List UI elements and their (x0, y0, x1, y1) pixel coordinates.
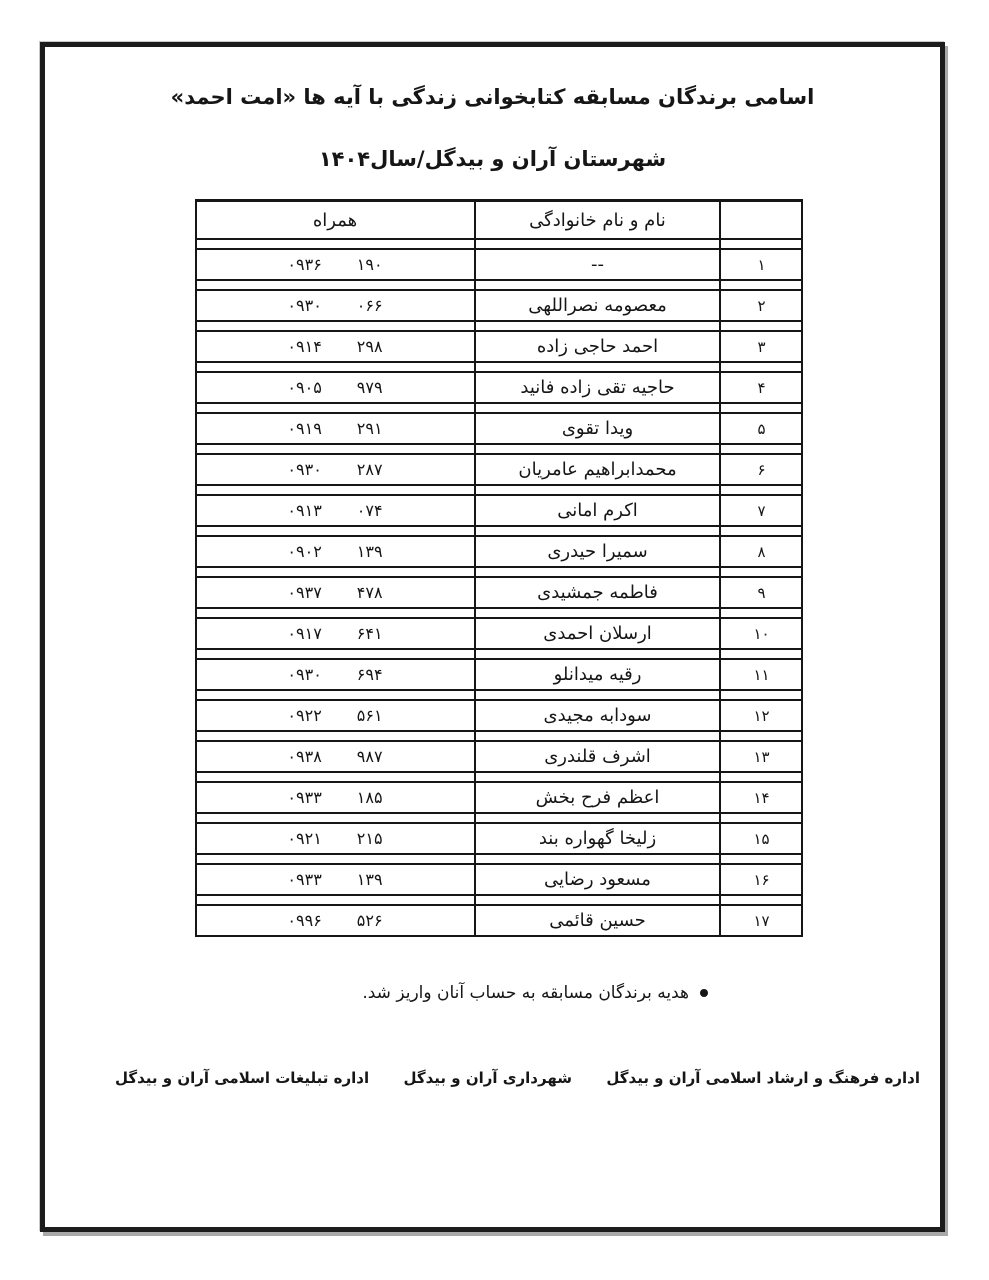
table-left-border-line (195, 199, 197, 937)
table-row: ۰۹۳۰ ۰۶۶ معصومه نصراللهی ۲ (195, 289, 803, 322)
cell-full-name: معصومه نصراللهی (475, 291, 720, 320)
cell-full-name: زلیخا گهواره بند (475, 824, 720, 853)
footnote-text: هدیه برندگان مسابقه به حساب آنان واریز ش… (362, 983, 689, 1003)
header-cell-mobile: همراه (195, 202, 475, 238)
mobile-right-group: ۴۷۸ (357, 583, 383, 602)
cell-row-number: ۳ (720, 332, 803, 361)
winners-table: همراه نام و نام خانوادگی ۰۹۳۶ ۱۹۰ -- ۱ ۰… (195, 199, 803, 937)
table-row: ۰۹۱۹ ۲۹۱ ویدا تقوی ۵ (195, 412, 803, 445)
footnote: هدیه برندگان مسابقه به حساب آنان واریز ش… (362, 983, 708, 1003)
mobile-right-group: ۱۹۰ (357, 255, 383, 274)
cell-full-name: -- (475, 250, 720, 279)
cell-row-number: ۵ (720, 414, 803, 443)
cell-mobile: ۰۹۳۷ ۴۷۸ (195, 578, 475, 607)
mobile-left-group: ۰۹۱۳ (287, 501, 321, 520)
cell-row-number: ۱۲ (720, 701, 803, 730)
bullet-icon (700, 989, 708, 997)
cell-full-name: حسین قائمی (475, 906, 720, 935)
cell-full-name: ویدا تقوی (475, 414, 720, 443)
cell-full-name: اعظم فرح بخش (475, 783, 720, 812)
mobile-right-group: ۵۲۶ (357, 911, 383, 930)
mobile-left-group: ۰۹۳۰ (287, 296, 321, 315)
cell-full-name: سمیرا حیدری (475, 537, 720, 566)
table-row: ۰۹۳۰ ۲۸۷ محمدابراهیم عامریان ۶ (195, 453, 803, 486)
cell-mobile: ۰۹۰۲ ۱۳۹ (195, 537, 475, 566)
cell-mobile: ۰۹۳۰ ۶۹۴ (195, 660, 475, 689)
mobile-right-group: ۶۹۴ (357, 665, 383, 684)
mobile-left-group: ۰۹۲۱ (287, 829, 321, 848)
cell-row-number: ۲ (720, 291, 803, 320)
cell-mobile: ۰۹۱۹ ۲۹۱ (195, 414, 475, 443)
mobile-right-group: ۱۸۵ (357, 788, 383, 807)
table-row: ۰۹۱۳ ۰۷۴ اکرم امانی ۷ (195, 494, 803, 527)
mobile-right-group: ۲۹۱ (357, 419, 383, 438)
table-row: ۰۹۰۵ ۹۷۹ حاجیه تقی زاده فانید ۴ (195, 371, 803, 404)
table-right-border-line (801, 199, 803, 937)
table-row: ۰۹۳۳ ۱۳۹ مسعود رضایی ۱۶ (195, 863, 803, 896)
mobile-left-group: ۰۹۱۴ (287, 337, 321, 356)
mobile-left-group: ۰۹۳۳ (287, 870, 321, 889)
table-row: ۰۹۳۰ ۶۹۴ رقیه میدانلو ۱۱ (195, 658, 803, 691)
cell-full-name: احمد حاجی زاده (475, 332, 720, 361)
cell-mobile: ۰۹۳۶ ۱۹۰ (195, 250, 475, 279)
mobile-right-group: ۰۷۴ (357, 501, 383, 520)
mobile-left-group: ۰۹۹۶ (287, 911, 321, 930)
table-row: ۰۹۳۷ ۴۷۸ فاطمه جمشیدی ۹ (195, 576, 803, 609)
footer-org-culture-guidance: اداره فرهنگ و ارشاد اسلامی آران و بیدگل (606, 1069, 920, 1087)
mobile-left-group: ۰۹۳۷ (287, 583, 321, 602)
cell-row-number: ۱۳ (720, 742, 803, 771)
mobile-right-group: ۹۸۷ (357, 747, 383, 766)
cell-full-name: اشرف قلندری (475, 742, 720, 771)
mobile-right-group: ۱۳۹ (357, 542, 383, 561)
cell-mobile: ۰۹۱۴ ۲۹۸ (195, 332, 475, 361)
mobile-right-group: ۲۸۷ (357, 460, 383, 479)
cell-full-name: محمدابراهیم عامریان (475, 455, 720, 484)
mobile-left-group: ۰۹۰۵ (287, 378, 321, 397)
cell-mobile: ۰۹۱۳ ۰۷۴ (195, 496, 475, 525)
mobile-left-group: ۰۹۰۲ (287, 542, 321, 561)
cell-row-number: ۹ (720, 578, 803, 607)
cell-full-name: حاجیه تقی زاده فانید (475, 373, 720, 402)
cell-full-name: رقیه میدانلو (475, 660, 720, 689)
cell-row-number: ۷ (720, 496, 803, 525)
mobile-right-group: ۱۳۹ (357, 870, 383, 889)
table-row: ۰۹۲۲ ۵۶۱ سودابه مجیدی ۱۲ (195, 699, 803, 732)
cell-row-number: ۱۵ (720, 824, 803, 853)
cell-row-number: ۱۴ (720, 783, 803, 812)
cell-mobile: ۰۹۲۲ ۵۶۱ (195, 701, 475, 730)
table-row: ۰۹۱۴ ۲۹۸ احمد حاجی زاده ۳ (195, 330, 803, 363)
mobile-right-group: ۲۱۵ (357, 829, 383, 848)
cell-row-number: ۱۰ (720, 619, 803, 648)
table-row: ۰۹۰۲ ۱۳۹ سمیرا حیدری ۸ (195, 535, 803, 568)
mobile-left-group: ۰۹۱۹ (287, 419, 321, 438)
cell-mobile: ۰۹۹۶ ۵۲۶ (195, 906, 475, 935)
table-row: ۰۹۳۸ ۹۸۷ اشرف قلندری ۱۳ (195, 740, 803, 773)
mobile-left-group: ۰۹۳۳ (287, 788, 321, 807)
document-subtitle: شهرستان آران و بیدگل/سال۱۴۰۴ (45, 147, 940, 171)
cell-row-number: ۸ (720, 537, 803, 566)
mobile-right-group: ۶۴۱ (357, 624, 383, 643)
cell-row-number: ۱۷ (720, 906, 803, 935)
table-column-divider-mobile-name (474, 199, 476, 937)
table-header-row: همراه نام و نام خانوادگی (195, 199, 803, 240)
cell-full-name: اکرم امانی (475, 496, 720, 525)
mobile-left-group: ۰۹۳۸ (287, 747, 321, 766)
header-cell-row-number (720, 202, 803, 238)
mobile-right-group: ۵۶۱ (357, 706, 383, 725)
cell-row-number: ۱۶ (720, 865, 803, 894)
footer-org-municipality: شهرداری آران و بیدگل (404, 1069, 572, 1087)
cell-row-number: ۴ (720, 373, 803, 402)
cell-mobile: ۰۹۰۵ ۹۷۹ (195, 373, 475, 402)
mobile-right-group: ۰۶۶ (357, 296, 383, 315)
cell-row-number: ۱۱ (720, 660, 803, 689)
table-row: ۰۹۳۶ ۱۹۰ -- ۱ (195, 248, 803, 281)
table-row: ۰۹۹۶ ۵۲۶ حسین قائمی ۱۷ (195, 904, 803, 937)
mobile-left-group: ۰۹۳۰ (287, 460, 321, 479)
cell-full-name: ارسلان احمدی (475, 619, 720, 648)
footer-org-islamic-propagation: اداره تبلیغات اسلامی آران و بیدگل (115, 1069, 369, 1087)
table-row: ۰۹۲۱ ۲۱۵ زلیخا گهواره بند ۱۵ (195, 822, 803, 855)
cell-full-name: مسعود رضایی (475, 865, 720, 894)
cell-mobile: ۰۹۳۰ ۲۸۷ (195, 455, 475, 484)
cell-full-name: سودابه مجیدی (475, 701, 720, 730)
cell-row-number: ۶ (720, 455, 803, 484)
cell-mobile: ۰۹۲۱ ۲۱۵ (195, 824, 475, 853)
cell-mobile: ۰۹۳۳ ۱۳۹ (195, 865, 475, 894)
header-cell-full-name: نام و نام خانوادگی (475, 202, 720, 238)
table-row: ۰۹۱۷ ۶۴۱ ارسلان احمدی ۱۰ (195, 617, 803, 650)
table-body: ۰۹۳۶ ۱۹۰ -- ۱ ۰۹۳۰ ۰۶۶ معصومه نصراللهی ۲… (195, 248, 803, 937)
cell-mobile: ۰۹۳۳ ۱۸۵ (195, 783, 475, 812)
mobile-right-group: ۲۹۸ (357, 337, 383, 356)
mobile-left-group: ۰۹۳۶ (287, 255, 321, 274)
page-border-frame: اسامی برندگان مسابقه کتابخوانی زندگی با … (40, 42, 945, 1232)
table-row: ۰۹۳۳ ۱۸۵ اعظم فرح بخش ۱۴ (195, 781, 803, 814)
mobile-left-group: ۰۹۱۷ (287, 624, 321, 643)
table-column-divider-name-number (719, 199, 721, 937)
cell-mobile: ۰۹۱۷ ۶۴۱ (195, 619, 475, 648)
cell-mobile: ۰۹۳۸ ۹۸۷ (195, 742, 475, 771)
signature-organizations: اداره فرهنگ و ارشاد اسلامی آران و بیدگل … (115, 1069, 920, 1087)
mobile-left-group: ۰۹۲۲ (287, 706, 321, 725)
mobile-left-group: ۰۹۳۰ (287, 665, 321, 684)
cell-full-name: فاطمه جمشیدی (475, 578, 720, 607)
cell-mobile: ۰۹۳۰ ۰۶۶ (195, 291, 475, 320)
document-title: اسامی برندگان مسابقه کتابخوانی زندگی با … (45, 85, 940, 109)
scanned-document-page: { "document": { "title": "اسامی برندگان … (0, 0, 989, 1280)
cell-row-number: ۱ (720, 250, 803, 279)
mobile-right-group: ۹۷۹ (357, 378, 383, 397)
